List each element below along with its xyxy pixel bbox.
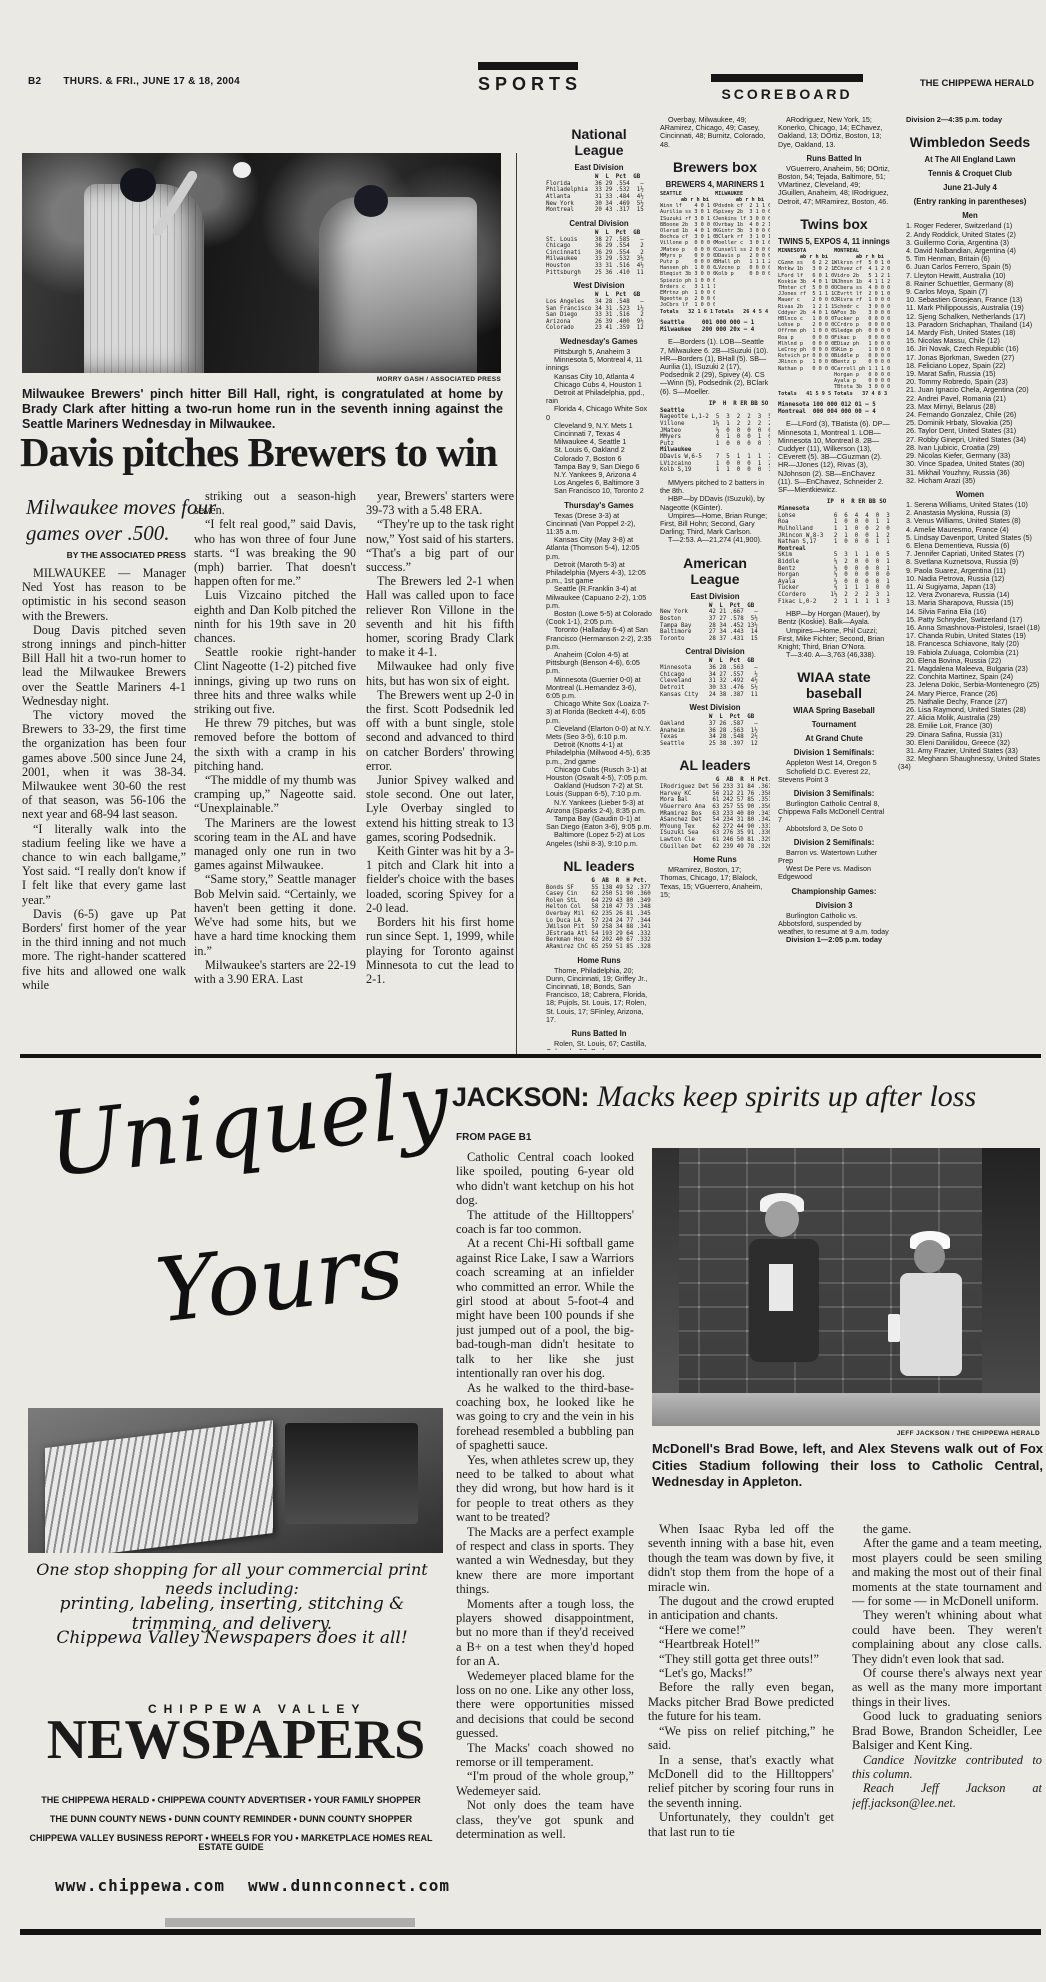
scoreboard-m: JEstrada Atl 54 193 29 64 .332 (546, 931, 652, 938)
paragraph: They weren't whining about what could ha… (852, 1608, 1042, 1666)
ad-photo-pages (45, 1420, 273, 1553)
paragraph: MILWAUKEE — Manager Ned Yost has reason … (22, 566, 186, 623)
paragraph: Moments after a tough loss, the players … (456, 1597, 634, 1669)
scoreboard-h2: Central Division (660, 647, 770, 656)
article-column-3: year, Brewers' starters were 39-73 with … (366, 489, 514, 1054)
scoreboard-mb: Minnesota 100 000 012 01 — 5 (778, 402, 890, 409)
scoreboard-h2: Division 3 (778, 901, 890, 910)
scoreboard-p: Barron vs. Watertown Luther Prep (778, 849, 890, 865)
scoreboard-mb: G AB R H Pct. (660, 777, 770, 784)
bottom-rule (20, 1929, 1041, 1935)
scoreboard-h2: Division 1 Semifinals: (778, 748, 890, 757)
scoreboard-p: N.Y. Yankees (Lieber 5-3) at Arizona (Sp… (546, 799, 652, 815)
scoreboard-m: Arizona 26 39 .400 9½ (546, 319, 652, 326)
scoreboard-mb: Montreal (778, 546, 890, 553)
scoreboard-mb: W L Pct GB (660, 603, 770, 610)
scoreboard-p: T—3:40. A—3,763 (46,338). (778, 651, 890, 659)
paragraph: Junior Spivey walked and stole second. O… (366, 773, 514, 844)
paragraph: Wedemeyer placed blame for the loss on n… (456, 1669, 634, 1741)
scoreboard-m: Mulholland 1 1 0 0 2 0 (778, 526, 890, 533)
photo-doorway-right (982, 1148, 1040, 1426)
paragraph: Luis Vizcaino pitched the eighth and Dan… (194, 588, 356, 645)
section-banner-scoreboard: SCOREBOARD (711, 74, 863, 102)
scoreboard-m: JRincon W,8-3 2 1 0 0 1 2 (778, 533, 890, 540)
player-helmet-right (354, 185, 388, 217)
scoreboard-m: Lawton Cle 61 246 50 81 .329 (660, 837, 770, 844)
scoreboard-h2: Home Runs (660, 855, 770, 864)
scoreboard-column-1: National LeagueEast Division W L Pct GBF… (546, 116, 652, 1050)
scoreboard-h2: At The All England Lawn (898, 155, 1042, 164)
scoreboard-p: Oakland (Hudson 7-2) at St. Louis (Suppa… (546, 782, 652, 798)
scoreboard-p: Toronto (Halladay 6-4) at San Francisco … (546, 626, 652, 651)
scoreboard-m: MRamirez Bos 63 233 40 80 .343 (660, 811, 770, 818)
light-jersey (900, 1273, 962, 1376)
article-headline: Davis pitches Brewers to win (20, 430, 520, 474)
scoreboard-h2: West Division (546, 281, 652, 290)
scoreboard-p: VGuerrero, Anaheim, 56; DOrtiz, Boston, … (778, 165, 890, 206)
paragraph: In a sense, that's exactly what McDonell… (648, 1753, 834, 1811)
scoreboard-m: Roa 1 0 0 0 1 1 (778, 519, 890, 526)
scoreboard-p: Kansas City (May 3-8) at Atlanta (Thomso… (546, 536, 652, 561)
scoreboard-p: Burlington Catholic Central 8, Chippewa … (778, 800, 890, 825)
jackson-headline-text: Macks keep spirits up after loss (597, 1080, 976, 1113)
paragraph: Catholic Central coach looked like spoil… (456, 1150, 634, 1208)
paragraph: Unfortunately, they couldn't get that la… (648, 1810, 834, 1839)
scoreboard-column-3: ARodriguez, New York, 15; Konerko, Chica… (778, 116, 890, 1050)
lead-photo (22, 153, 501, 373)
scoreboard-h2: Championship Games: (778, 887, 890, 896)
paragraph: Seattle rookie right-hander Clint Nageot… (194, 645, 356, 716)
scoreboard-m: New York 30 34 .469 5½ (546, 201, 652, 208)
paragraph: “Let's go, Macks!” (648, 1666, 834, 1680)
jackson-photo-caption: McDonell's Brad Bowe, left, and Alex Ste… (652, 1441, 1043, 1491)
paragraph: “Same story,” Seattle manager Bob Melvin… (194, 872, 356, 957)
scoreboard-h2: Men (898, 211, 1042, 220)
scoreboard-column-2: Overbay, Milwaukee, 49; ARamirez, Chicag… (660, 116, 770, 1050)
scoreboard-mb: Milwaukee 200 000 20x — 4 (660, 327, 770, 334)
paragraph: CHIPPEWA VALLEY BUSINESS REPORT • WHEELS… (18, 1834, 444, 1852)
paragraph: THE DUNN COUNTY NEWS • DUNN COUNTY REMIN… (18, 1815, 444, 1824)
head-right (914, 1240, 945, 1273)
scoreboard-p: Burlington Catholic vs. Abbotsford, susp… (778, 912, 890, 937)
paragraph: “Heartbreak Hotel!” (648, 1637, 834, 1651)
scoreboard-mb: W L Pct GB (546, 292, 652, 299)
scoreboard-m: Baltimore 27 34 .443 14 (660, 629, 770, 636)
scoreboard-m: Lo Duca LA 57 224 24 77 .344 (546, 918, 652, 925)
paragraph: The dugout and the crowd erupted in anti… (648, 1594, 834, 1623)
paragraph: “I felt real good,” said Davis, who has … (194, 517, 356, 588)
scoreboard-h2: Women (898, 490, 1042, 499)
scoreboard-h2: East Division (546, 163, 652, 172)
scoreboard-p: Minnesota (Guerrier 0-0) at Montreal (L.… (546, 676, 652, 701)
scoreboard-m: Mora Bal 61 242 57 85 .351 (660, 797, 770, 804)
scoreboard-pb: Division 2—4:35 p.m. today (898, 116, 1042, 124)
newspaper-page: B2THURS. & FRI., JUNE 17 & 18, 2004 THE … (0, 0, 1046, 1982)
jackson-photo (652, 1148, 1040, 1426)
boxscore-cell: Totals 26 4 5 4 (715, 309, 770, 315)
boxscore-cell: Totals 32 1 6 1 (660, 309, 715, 315)
player-figure-right (319, 197, 477, 373)
paragraph: Good luck to graduating seniors Brad Bow… (852, 1709, 1042, 1752)
scoreboard-m: JMateo ⅓ 0 0 0 0 0 (660, 428, 770, 435)
scoreboard-h1: American League (660, 555, 770, 587)
lead-photo-caption: Milwaukee Brewers' pinch hitter Bill Hal… (22, 387, 503, 432)
scoreboard-p: E—LFord (3), TBatista (6). DP—Minnesota … (778, 420, 890, 494)
ad-scan-bar (165, 1918, 415, 1927)
scoreboard-m: Putz 1 0 0 0 0 1 (660, 441, 770, 448)
scoreboard-p: Seattle (R.Franklin 3-4) at Milwaukee (C… (546, 585, 652, 610)
boxscore-row: Totals 41 5 9 5Totals 37 4 8 3 (778, 391, 890, 397)
paragraph: striking out a season-high seven. (194, 489, 356, 517)
section-banner-sports: SPORTS (478, 62, 578, 95)
scoreboard-m: LVizcaino 1 0 0 0 1 2 (660, 461, 770, 468)
scoreboard-m: ASanchez Det 54 234 31 80 .342 (660, 817, 770, 824)
jump-line: FROM PAGE B1 (456, 1132, 531, 1143)
ad-publications-list: THE CHIPPEWA HERALD • CHIPPEWA COUNTY AD… (18, 1796, 444, 1862)
scoreboard-h1: Twins box (778, 216, 890, 232)
scoreboard-mb: W L Pct GB (660, 658, 770, 665)
boxscore-cell: Totals 41 5 9 5 (778, 391, 834, 397)
article-column-2: striking out a season-high seven.“I felt… (194, 489, 356, 1054)
jackson-column-3: the game.After the game and a team meeti… (852, 1522, 1042, 1930)
scoreboard-m: Los Angeles 34 28 .548 — (546, 299, 652, 306)
scoreboard-p: Chicago Cubs (Rusch 3-1) at Houston (Osw… (546, 766, 652, 782)
article-column-1: MILWAUKEE — Manager Ned Yost has reason … (22, 566, 186, 1054)
article-byline: BY THE ASSOCIATED PRESS (22, 550, 186, 560)
ad-logo: CHIPPEWA VALLEY NEWSPAPERS (30, 1692, 442, 1792)
scoreboard-mb: Minnesota (778, 506, 890, 513)
paragraph: Keith Ginter was hit by a 3-1 pitch and … (366, 844, 514, 915)
scoreboard-m: St. Louis 38 27 .585 — (546, 237, 652, 244)
scoreboard-h2: Thursday's Games (546, 501, 652, 510)
masthead: THE CHIPPEWA HERALD (920, 78, 1034, 89)
paragraph: Before the rally even began, Macks pitch… (648, 1680, 834, 1723)
ad-script-word-1: Uniquely (44, 1060, 453, 1190)
scoreboard-h2: Home Runs (546, 956, 652, 965)
scoreboard-m: JWilson Pit 59 258 34 88 .341 (546, 924, 652, 931)
scoreboard-m: Overbay Mil 62 235 26 81 .345 (546, 911, 652, 918)
scoreboard-mb: IP H R ER BB SO (660, 401, 770, 408)
scoreboard-m: Seattle 25 38 .397 12 (660, 741, 770, 748)
scoreboard-m: San Diego 33 31 .516 2 (546, 312, 652, 319)
scoreboard-mb: Seattle (660, 408, 770, 415)
scoreboard-p: Detroit at Philadelphia, ppd., rain (546, 389, 652, 405)
scoreboard-pb: Division 1—2:05 p.m. today (778, 936, 890, 944)
paragraph: The victory moved the Brewers to 33-29, … (22, 708, 186, 822)
scoreboard-p: Chicago White Sox (Loaiza 7-3) at Florid… (546, 700, 652, 725)
ad-photo-press (285, 1423, 418, 1525)
scoreboard-h2: At Grand Chute (778, 734, 890, 743)
photo-player-stevens (893, 1231, 971, 1403)
paragraph: “They're up to the task right now,” Yost… (366, 517, 514, 574)
scoreboard-p: Baltimore (Lopez 5-2) at Los Angeles (Is… (546, 831, 652, 847)
paragraph: Of course there's always next year as we… (852, 1666, 1042, 1709)
scoreboard-h1: AL leaders (660, 757, 770, 773)
scoreboard-m: Milwaukee 33 29 .532 3½ (546, 256, 652, 263)
scoreboard-m: Helton Col 58 210 47 73 .348 (546, 904, 652, 911)
scoreboard-p: ARodriguez, New York, 15; Konerko, Chica… (778, 116, 890, 149)
scoreboard-m: Cleveland 31 32 .492 4½ (660, 678, 770, 685)
player-hand (233, 162, 251, 178)
scoreboard-m: DDavis W,6-5 7 5 1 1 1 7 (660, 454, 770, 461)
paragraph: The Brewers went up 2-0 in the first. Sc… (366, 688, 514, 773)
scoreboard-m: Casey Cin 62 250 51 90 .360 (546, 891, 652, 898)
scoreboard-m: Villone 1⅓ 1 2 2 2 2 (660, 421, 770, 428)
scoreboard-p: T—2:53. A—21,274 (41,900). (660, 536, 770, 544)
scoreboard-h2: Division 3 Semifinals: (778, 789, 890, 798)
scoreboard-m: Texas 34 28 .548 2½ (660, 734, 770, 741)
scoreboard-p: HBP—by DDavis (ISuzuki), by Nageotte (KG… (660, 495, 770, 511)
scoreboard-m: ISuzuki Sea 63 276 35 91 .330 (660, 830, 770, 837)
scoreboard-p: 32. Meghann Shaughnessy, United States (… (898, 755, 1042, 771)
scoreboard-m: Horgan ⅓ 0 0 0 0 0 (778, 572, 890, 579)
paragraph: year, Brewers' starters were 39-73 with … (366, 489, 514, 517)
scoreboard-mb: G AB R H Pct. (546, 878, 652, 885)
scoreboard-column-4: Division 2—4:35 p.m. todayWimbledon Seed… (898, 116, 1042, 1050)
boxscore-cell: Totals 37 4 8 3 (834, 391, 890, 397)
scoreboard-p: Tampa Bay (Gaudin 0-1) at San Diego (Eat… (546, 815, 652, 831)
scoreboard-h2: East Division (660, 592, 770, 601)
ad-url-chippewa: www.chippewa.com (40, 1876, 240, 1895)
scoreboard-m: Nathan S,17 1 0 0 0 1 1 (778, 539, 890, 546)
scoreboard-m: Toronto 28 37 .431 15 (660, 636, 770, 643)
scoreboard-m: CCordero 1⅓ 2 2 2 3 1 (778, 592, 890, 599)
scoreboard-p: Schofield D.C. Everest 22, Stevens Point… (778, 768, 890, 784)
paragraph: “Here we come!” (648, 1623, 834, 1637)
scoreboard-mb: Montreal 000 004 000 00 — 4 (778, 409, 890, 416)
jackson-headline: JACKSON:Macks keep spirits up after loss (452, 1080, 1044, 1114)
scoreboard-p: Umpires—Home, Brian Runge; First, Bill H… (660, 512, 770, 537)
paragraph: Davis (6-5) gave up Pat Borders' first h… (22, 907, 186, 992)
paragraph: Milwaukee's starters are 22-19 with a 3.… (194, 958, 356, 986)
scoreboard-p: MRamirez, Boston, 17; Thomas, Chicago, 1… (660, 866, 770, 899)
scoreboard-p: Florida 4, Chicago White Sox 0 (546, 405, 652, 421)
scoreboard-p: Boston (Lowe 5-5) at Colorado (Cook 1-1)… (546, 610, 652, 626)
paragraph: As he walked to the third-base-coaching … (456, 1381, 634, 1453)
scoreboard-m: Harvey KC 56 212 21 76 .358 (660, 791, 770, 798)
scoreboard-m: Chicago 36 29 .554 2 (546, 243, 652, 250)
scoreboard-m: Kansas City 24 38 .387 11 (660, 692, 770, 699)
scoreboard-m: Pittsburgh 25 36 .410 11 (546, 270, 652, 277)
paragraph: At a recent Chi-Hi softball game against… (456, 1236, 634, 1380)
boxscore-row: Totals 32 1 6 1Totals 26 4 5 4 (660, 309, 770, 315)
page-number: B2 (28, 76, 41, 87)
photo-doorway-left (652, 1148, 679, 1426)
scoreboard-m: VGuerrero Ana 63 257 55 90 .350 (660, 804, 770, 811)
scoreboard-m: Boston 37 27 .578 5½ (660, 616, 770, 623)
paragraph: Borders hit his first home run since Sep… (366, 915, 514, 986)
scoreboard-mb: IP H R ER BB SO (778, 499, 890, 506)
scoreboard-m: Tampa Bay 28 34 .452 13½ (660, 623, 770, 630)
paragraph: “I literally walk into the stadium feeli… (22, 822, 186, 907)
ad-logo-main-line: NEWSPAPERS (30, 1708, 442, 1772)
scoreboard-h2: Tennis & Croquet Club (898, 169, 1042, 178)
scoreboard-h2: (Entry ranking in parentheses) (898, 197, 1042, 206)
scoreboard-h1: Wimbledon Seeds (898, 134, 1042, 150)
scoreboard-m: San Francisco 34 31 .523 1½ (546, 306, 652, 313)
scoreboard-m: Lohse 6 6 4 4 0 3 (778, 513, 890, 520)
scoreboard-p: Minnesota 5, Montreal 4, 11 innings (546, 356, 652, 372)
scoreboard-p: Umpires—Home, Phil Cuzzi; First, Mike Fi… (778, 627, 890, 652)
scoreboard-m: Biddle ⅓ 2 0 0 0 1 (778, 559, 890, 566)
scoreboard-m: Montreal 20 43 .317 15 (546, 207, 652, 214)
paragraph: Candice Novitzke contributed to this col… (852, 1753, 1042, 1782)
paragraph: the game. (852, 1522, 1042, 1536)
scoreboard-m: Bonds SF 55 138 49 52 .377 (546, 885, 652, 892)
paragraph: The Macks' coach showed no remorse or il… (456, 1741, 634, 1770)
scoreboard-m: Colorado 23 41 .359 12 (546, 325, 652, 332)
scoreboard-m: Detroit 30 33 .476 5½ (660, 685, 770, 692)
drink-cup (888, 1314, 900, 1342)
scoreboard-m: Minnesota 36 28 .563 — (660, 665, 770, 672)
player-figure-left (84, 184, 204, 373)
edition-date: THURS. & FRI., JUNE 17 & 18, 2004 (63, 76, 240, 87)
scoreboard-m: IRodriguez Det 56 233 31 84 .361 (660, 784, 770, 791)
scoreboard-m: MYoung Tex 62 272 44 90 .331 (660, 824, 770, 831)
scoreboard-p: San Francisco 10, Toronto 2 (546, 487, 652, 495)
scoreboard-mb: W L Pct GB (546, 230, 652, 237)
lead-photo-credit: MORRY GASH / ASSOCIATED PRESS (22, 376, 501, 383)
scoreboard-p: HBP—by Horgan (Mauer), by Bentz (Koskie)… (778, 610, 890, 626)
scoreboard-mb: Seattle 001 000 000 — 1 (660, 320, 770, 327)
ad-url-dunnconnect: www.dunnconnect.com (248, 1876, 448, 1895)
page-folio: B2THURS. & FRI., JUNE 17 & 18, 2004 (28, 76, 262, 87)
paragraph: The Brewers led 2-1 when Hall was called… (366, 574, 514, 659)
paragraph: He threw 79 pitches, but was removed bef… (194, 716, 356, 773)
paragraph: When Isaac Ryba led off the seventh inni… (648, 1522, 834, 1594)
paragraph: The attitude of the Hilltoppers' coach i… (456, 1208, 634, 1237)
ad-tagline-3: Chippewa Valley Newspapers does it all! (22, 1628, 442, 1648)
paragraph: “The middle of my thumb was cramping up,… (194, 773, 356, 816)
paragraph: The Mariners are the lowest scoring team… (194, 816, 356, 873)
paragraph: Doug Davis pitched seven strong innings … (22, 623, 186, 708)
scoreboard-h2: West Division (660, 703, 770, 712)
jackson-column-2: When Isaac Ryba led off the seventh inni… (648, 1522, 834, 1930)
scoreboard-p: Overbay, Milwaukee, 49; ARamirez, Chicag… (660, 116, 770, 149)
jackson-kicker: JACKSON: (452, 1082, 589, 1112)
scoreboard-h2: June 21-July 4 (898, 183, 1042, 192)
scoreboard-h2: Wednesday's Games (546, 337, 652, 346)
scoreboard-h2: BREWERS 4, MARINERS 1 (660, 180, 770, 189)
scoreboard-h2: Division 2 Semifinals: (778, 838, 890, 847)
player-helmet (120, 168, 156, 202)
ad-script-word-2: Yours (152, 1222, 407, 1335)
scoreboard-p: Abbotsford 3, De Soto 0 (778, 825, 890, 833)
scoreboard-m: CGuillen Det 62 239 49 78 .326 (660, 844, 770, 851)
paragraph: After the game and a team meeting, most … (852, 1536, 1042, 1608)
scoreboard-p: Detroit (Knotts 4-1) at Philadelphia (Mi… (546, 741, 652, 766)
scoreboard-h1: Brewers box (660, 159, 770, 175)
scoreboard-m: MMyers 0 1 0 0 1 0 (660, 434, 770, 441)
ad-tagline-1: One stop shopping for all your commercia… (22, 1560, 442, 1598)
scoreboard-mb: W L Pct GB (546, 174, 652, 181)
scoreboard-p: Detroit (Maroth 5-3) at Philadelphia (My… (546, 561, 652, 586)
paragraph: Not only does the team have class, they'… (456, 1798, 634, 1841)
scoreboard-m: Atlanta 31 33 .484 4½ (546, 194, 652, 201)
scoreboard-p: West De Pere vs. Madison Edgewood (778, 865, 890, 881)
scoreboard-p: Rolen, St. Louis, 67; Castilla, Colorado… (546, 1040, 652, 1050)
scoreboard-h2: Central Division (546, 219, 652, 228)
scoreboard-m: Fikac L,0-2 2 1 1 1 1 3 (778, 599, 890, 606)
jersey-number-patch (769, 1264, 793, 1310)
scoreboard-p: E—Borders (1). LOB—Seattle 7, Milwaukee … (660, 338, 770, 395)
photo-player-bowe (737, 1193, 830, 1404)
paragraph: “I'm proud of the whole group,” Wedemeye… (456, 1769, 634, 1798)
ad-print-products-photo (28, 1408, 443, 1553)
jackson-photo-credit: JEFF JACKSON / THE CHIPPEWA HERALD (652, 1430, 1040, 1437)
scoreboard-mb: W L Pct GB (660, 714, 770, 721)
scoreboard-m: Oakland 37 26 .587 — (660, 721, 770, 728)
scoreboard-p: Thome, Philadelphia, 20; Dunn, Cincinnat… (546, 967, 652, 1024)
scoreboard-mb: Milwaukee (660, 447, 770, 454)
scoreboard-m: Berkman Hou 62 202 40 67 .332 (546, 937, 652, 944)
paragraph: Milwaukee had only five hits, but has wo… (366, 659, 514, 687)
photo-ground (652, 1393, 1040, 1426)
scoreboard-m: Kolb S,19 1 1 0 0 0 1 (660, 467, 770, 474)
scoreboard-m: ARamirez ChC 65 259 51 85 .328 (546, 944, 652, 951)
paragraph: Yes, when athletes screw up, they need t… (456, 1453, 634, 1525)
scoreboard-h2: Runs Batted In (778, 154, 890, 163)
scoreboard-p: Cleveland (Elarton 0-0) at N.Y. Mets (Se… (546, 725, 652, 741)
paragraph: Reach Jeff Jackson at jeff.jackson@lee.n… (852, 1781, 1042, 1810)
scoreboard-h1: WIAA state baseball (778, 669, 890, 701)
jackson-column-1: Catholic Central coach looked like spoil… (456, 1150, 634, 1932)
scoreboard-p: Texas (Drese 3-3) at Cincinnati (Van Pop… (546, 512, 652, 537)
scoreboard-m: Rolen StL 64 229 43 80 .349 (546, 898, 652, 905)
scoreboard-p: MMyers pitched to 2 batters in the 8th. (660, 479, 770, 495)
scoreboard-h2: WIAA Spring Baseball (778, 706, 890, 715)
scoreboard-m: Philadelphia 33 29 .532 1½ (546, 187, 652, 194)
paragraph: THE CHIPPEWA HERALD • CHIPPEWA COUNTY AD… (18, 1796, 444, 1805)
scoreboard-h1: NL leaders (546, 858, 652, 874)
paragraph: The Macks are a perfect example of respe… (456, 1525, 634, 1597)
scoreboard-p: Anaheim (Colon 4-5) at Pittsburgh (Benso… (546, 651, 652, 676)
scoreboard-h2: Runs Batted In (546, 1029, 652, 1038)
head-left (765, 1201, 799, 1237)
paragraph: “They still gotta get three outs!” (648, 1652, 834, 1666)
paragraph: “We piss on relief pitching,” he said. (648, 1724, 834, 1753)
scoreboard-p: 32. Hicham Arazi (35) (898, 477, 1042, 485)
scoreboard-h1: National League (546, 126, 652, 158)
horizontal-rule (20, 1054, 1041, 1058)
scoreboard-m: Houston 33 31 .516 4½ (546, 263, 652, 270)
scoreboard-h2: TWINS 5, EXPOS 4, 11 innings (778, 237, 890, 246)
scoreboard-h2: Tournament (778, 720, 890, 729)
column-rule (516, 153, 517, 1054)
